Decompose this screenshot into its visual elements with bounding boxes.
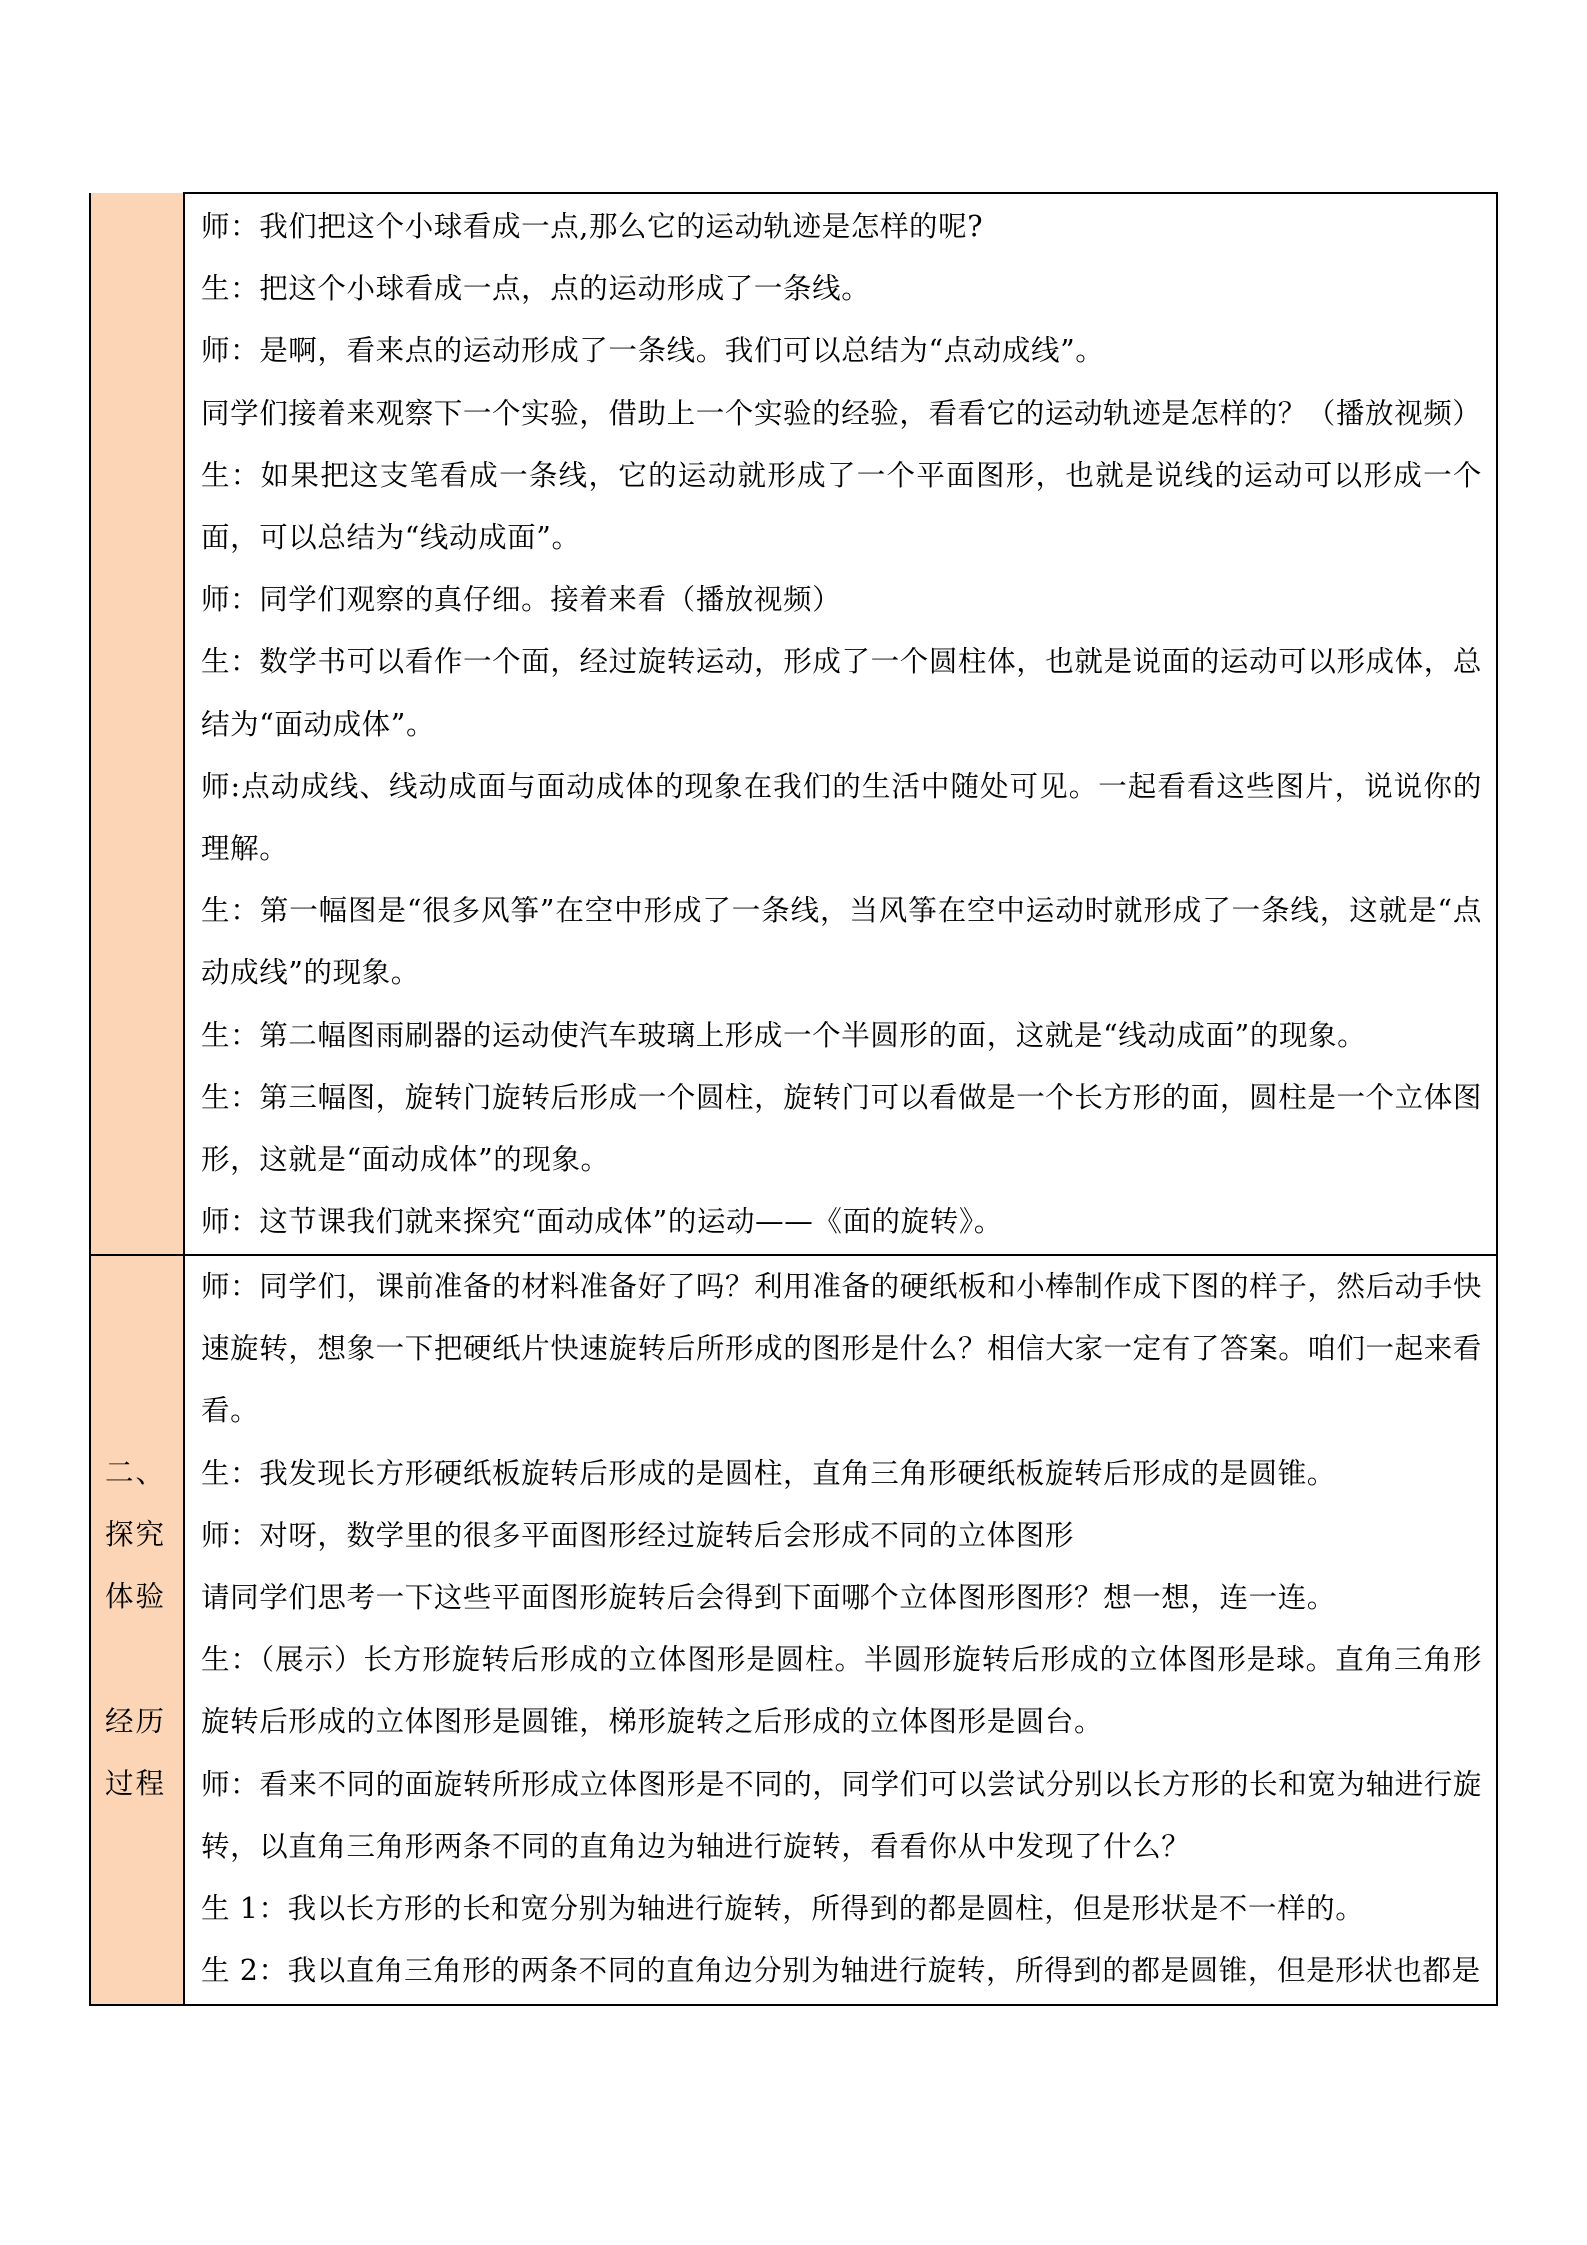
- paragraph: 师：是啊，看来点的运动形成了一条线。我们可以总结为“点动成线”。: [201, 320, 1482, 382]
- paragraph: 师：同学们，课前准备的材料准备好了吗？利用准备的硬纸板和小棒制作成下图的样子，然…: [201, 1256, 1482, 1443]
- dialogue-block: 师：我们把这个小球看成一点,那么它的运动轨迹是怎样的呢? 生：把这个小球看成一点…: [201, 194, 1482, 1253]
- paragraph: 师:点动成线、线动成面与面动成体的现象在我们的生活中随处可见。一起看看这些图片，…: [201, 756, 1482, 880]
- section-label-line: 二、: [105, 1442, 183, 1504]
- paragraph: 师：看来不同的面旋转所形成立体图形是不同的，同学们可以尝试分别以长方形的长和宽为…: [201, 1754, 1482, 1878]
- paragraph: 师：对呀，数学里的很多平面图形经过旋转后会形成不同的立体图形: [201, 1505, 1482, 1567]
- section-label-cell: [90, 193, 184, 1255]
- content-cell: 师：同学们，课前准备的材料准备好了吗？利用准备的硬纸板和小棒制作成下图的样子，然…: [184, 1255, 1497, 2005]
- section-label-cell: 二、 探究 体验 经历 过程: [90, 1255, 184, 2005]
- paragraph: 生：第二幅图雨刷器的运动使汽车玻璃上形成一个半圆形的面，这就是“线动成面”的现象…: [201, 1005, 1482, 1067]
- paragraph: 师：同学们观察的真仔细。接着来看（播放视频）: [201, 569, 1482, 631]
- section-label-line: [105, 1629, 183, 1691]
- section-label: 二、 探究 体验 经历 过程: [91, 1256, 183, 1815]
- paragraph: 请同学们思考一下这些平面图形旋转后会得到下面哪个立体图形图形？想一想，连一连。: [201, 1567, 1482, 1629]
- section-label-line: 过程: [105, 1753, 183, 1815]
- section-label-line: 经历: [105, 1691, 183, 1753]
- paragraph: 同学们接着来观察下一个实验，借助上一个实验的经验，看看它的运动轨迹是怎样的？（播…: [201, 383, 1482, 445]
- paragraph: 生：把这个小球看成一点，点的运动形成了一条线。: [201, 258, 1482, 320]
- table-row-explore: 二、 探究 体验 经历 过程 师：同学们，课前准备的材料准备好了吗？利用准备的硬…: [90, 1255, 1497, 2005]
- paragraph: 师：这节课我们就来探究“面动成体”的运动——《面的旋转》。: [201, 1191, 1482, 1253]
- table-row-intro: 师：我们把这个小球看成一点,那么它的运动轨迹是怎样的呢? 生：把这个小球看成一点…: [90, 193, 1497, 1255]
- section-label-line: 体验: [105, 1566, 183, 1628]
- paragraph: 师：我们把这个小球看成一点,那么它的运动轨迹是怎样的呢?: [201, 196, 1482, 258]
- paragraph: 生 2：我以直角三角形的两条不同的直角边分别为轴进行旋转，所得到的都是圆锥，但是…: [201, 1940, 1482, 2002]
- paragraph: 生：第一幅图是“很多风筝”在空中形成了一条线，当风筝在空中运动时就形成了一条线，…: [201, 880, 1482, 1004]
- paragraph: 生：（展示）长方形旋转后形成的立体图形是圆柱。半圆形旋转后形成的立体图形是球。直…: [201, 1629, 1482, 1753]
- dialogue-block: 师：同学们，课前准备的材料准备好了吗？利用准备的硬纸板和小棒制作成下图的样子，然…: [201, 1256, 1482, 2002]
- paragraph: 生：第三幅图，旋转门旋转后形成一个圆柱，旋转门可以看做是一个长方形的面，圆柱是一…: [201, 1067, 1482, 1191]
- content-cell: 师：我们把这个小球看成一点,那么它的运动轨迹是怎样的呢? 生：把这个小球看成一点…: [184, 193, 1497, 1255]
- paragraph: 生：如果把这支笔看成一条线，它的运动就形成了一个平面图形，也就是说线的运动可以形…: [201, 445, 1482, 569]
- lesson-plan-table: 师：我们把这个小球看成一点,那么它的运动轨迹是怎样的呢? 生：把这个小球看成一点…: [89, 192, 1498, 2006]
- paragraph: 生 1：我以长方形的长和宽分别为轴进行旋转，所得到的都是圆柱，但是形状是不一样的…: [201, 1878, 1482, 1940]
- paragraph: 生：我发现长方形硬纸板旋转后形成的是圆柱，直角三角形硬纸板旋转后形成的是圆锥。: [201, 1443, 1482, 1505]
- paragraph: 生：数学书可以看作一个面，经过旋转运动，形成了一个圆柱体，也就是说面的运动可以形…: [201, 631, 1482, 755]
- section-label-line: 探究: [105, 1504, 183, 1566]
